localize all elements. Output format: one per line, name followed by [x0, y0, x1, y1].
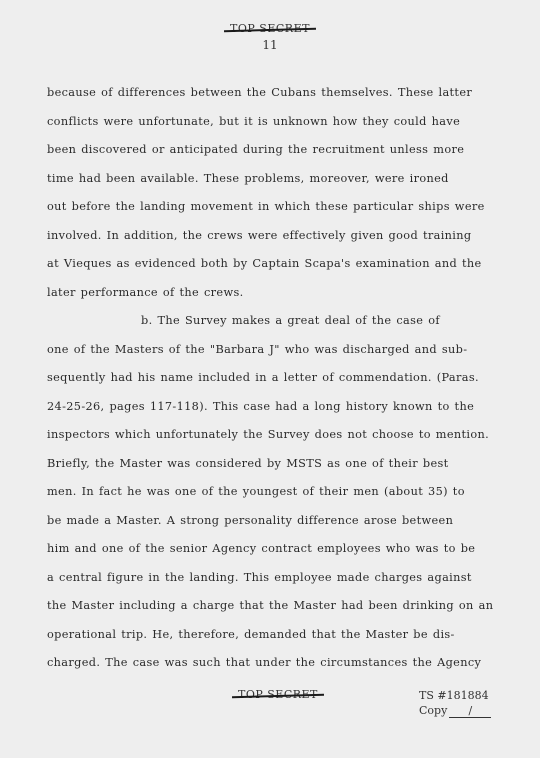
- text-line: conflicts were unfortunate, but it is un…: [47, 115, 487, 144]
- text-line: out before the landing movement in which…: [47, 200, 487, 229]
- document-page: TOP SECRET 11 because of differences bet…: [0, 0, 540, 758]
- header-classification: TOP SECRET: [0, 22, 540, 35]
- text-line: the Master including a charge that the M…: [47, 599, 487, 628]
- text-line: be made a Master. A strong personality d…: [47, 514, 487, 543]
- body-text: because of differences between the Cuban…: [47, 86, 487, 685]
- text-line: later performance of the crews.: [47, 286, 487, 315]
- text-line: charged. The case was such that under th…: [47, 656, 487, 685]
- text-line: operational trip. He, therefore, demande…: [47, 628, 487, 657]
- copy-label: Copy: [419, 704, 447, 717]
- text-line: sequently had his name included in a let…: [47, 371, 487, 400]
- copy-field: Copy/: [419, 703, 491, 718]
- text-line: involved. In addition, the crews were ef…: [47, 229, 487, 258]
- classification-marking: TOP SECRET: [230, 22, 310, 35]
- page-number: 11: [0, 38, 540, 52]
- text-line: one of the Masters of the "Barbara J" wh…: [47, 343, 487, 372]
- text-line: a central figure in the landing. This em…: [47, 571, 487, 600]
- classification-marking: TOP SECRET: [238, 688, 318, 701]
- text-line: 24-25-26, pages 117-118). This case had …: [47, 400, 487, 429]
- copy-number: /: [449, 705, 491, 718]
- text-line: because of differences between the Cuban…: [47, 86, 487, 115]
- text-line: time had been available. These problems,…: [47, 172, 487, 201]
- text-line: been discovered or anticipated during th…: [47, 143, 487, 172]
- text-line: him and one of the senior Agency contrac…: [47, 542, 487, 571]
- text-line: men. In fact he was one of the youngest …: [47, 485, 487, 514]
- footer-classification: TOP SECRET: [238, 688, 318, 701]
- text-line: at Vieques as evidenced both by Captain …: [47, 257, 487, 286]
- control-number: TS #181884: [419, 688, 491, 703]
- control-block: TS #181884 Copy/: [419, 688, 491, 718]
- text-line: b. The Survey makes a great deal of the …: [47, 314, 487, 343]
- text-line: Briefly, the Master was considered by MS…: [47, 457, 487, 486]
- text-line: inspectors which unfortunately the Surve…: [47, 428, 487, 457]
